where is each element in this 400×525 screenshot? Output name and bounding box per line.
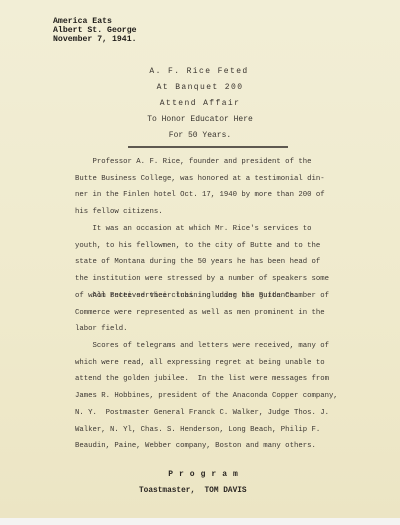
headline-line-2: At Banquet 200 [0,83,400,92]
paragraph-3: All Butte service clubs including the Bu… [75,288,325,338]
text-line: Professor A. F. Rice, founder and presid… [75,154,325,171]
headline-line-5: For 50 Years. [0,131,400,140]
header-project: America Eats [53,17,137,26]
text-line: attend the golden jubilee. In the list w… [75,371,325,388]
text-line: labor field. [75,321,325,338]
scan-bottom-edge [0,518,400,525]
text-line: James R. Hobbines, president of the Anac… [75,388,325,405]
text-line: Beaudin, Paine, Webber company, Boston a… [75,438,325,455]
paragraph-1: Professor A. F. Rice, founder and presid… [75,154,325,221]
text-line: All Butte service clubs including the Bu… [75,288,325,305]
paragraph-4: Scores of telegrams and letters were rec… [75,338,325,455]
text-line: Butte Business College, was honored at a… [75,171,325,188]
document-header: America Eats Albert St. George November … [53,17,137,44]
text-line: his fellow citizens. [75,204,325,221]
text-line: ner in the Finlen hotel Oct. 17, 1940 by… [75,187,325,204]
headline-line-4: To Honor Educator Here [0,115,400,124]
text-line: which were read, all expressing regret a… [75,355,325,372]
text-line: the institution were stressed by a numbe… [75,271,325,288]
program-heading: Program [6,470,400,479]
header-author: Albert St. George [53,26,137,35]
text-line: It was an occasion at which Mr. Rice's s… [75,221,325,238]
text-line: Scores of telegrams and letters were rec… [75,338,325,355]
headline-line-1: A. F. Rice Feted [0,67,399,76]
toastmaster-line: Toastmaster, TOM DAVIS [139,487,247,495]
text-line: state of Montana during the 50 years he … [75,254,325,271]
text-line: Walker, N. Yl, Chas. S. Henderson, Long … [75,422,325,439]
typewritten-page: America Eats Albert St. George November … [0,0,400,518]
text-line: N. Y. Postmaster General Franck C. Walke… [75,405,325,422]
headline-line-3: Attend Affair [0,99,400,108]
headline-divider [128,146,288,148]
text-line: youth, to his fellowmen, to the city of … [75,238,325,255]
header-date: November 7, 1941. [53,35,137,44]
text-line: Commerce were represented as well as men… [75,305,325,322]
